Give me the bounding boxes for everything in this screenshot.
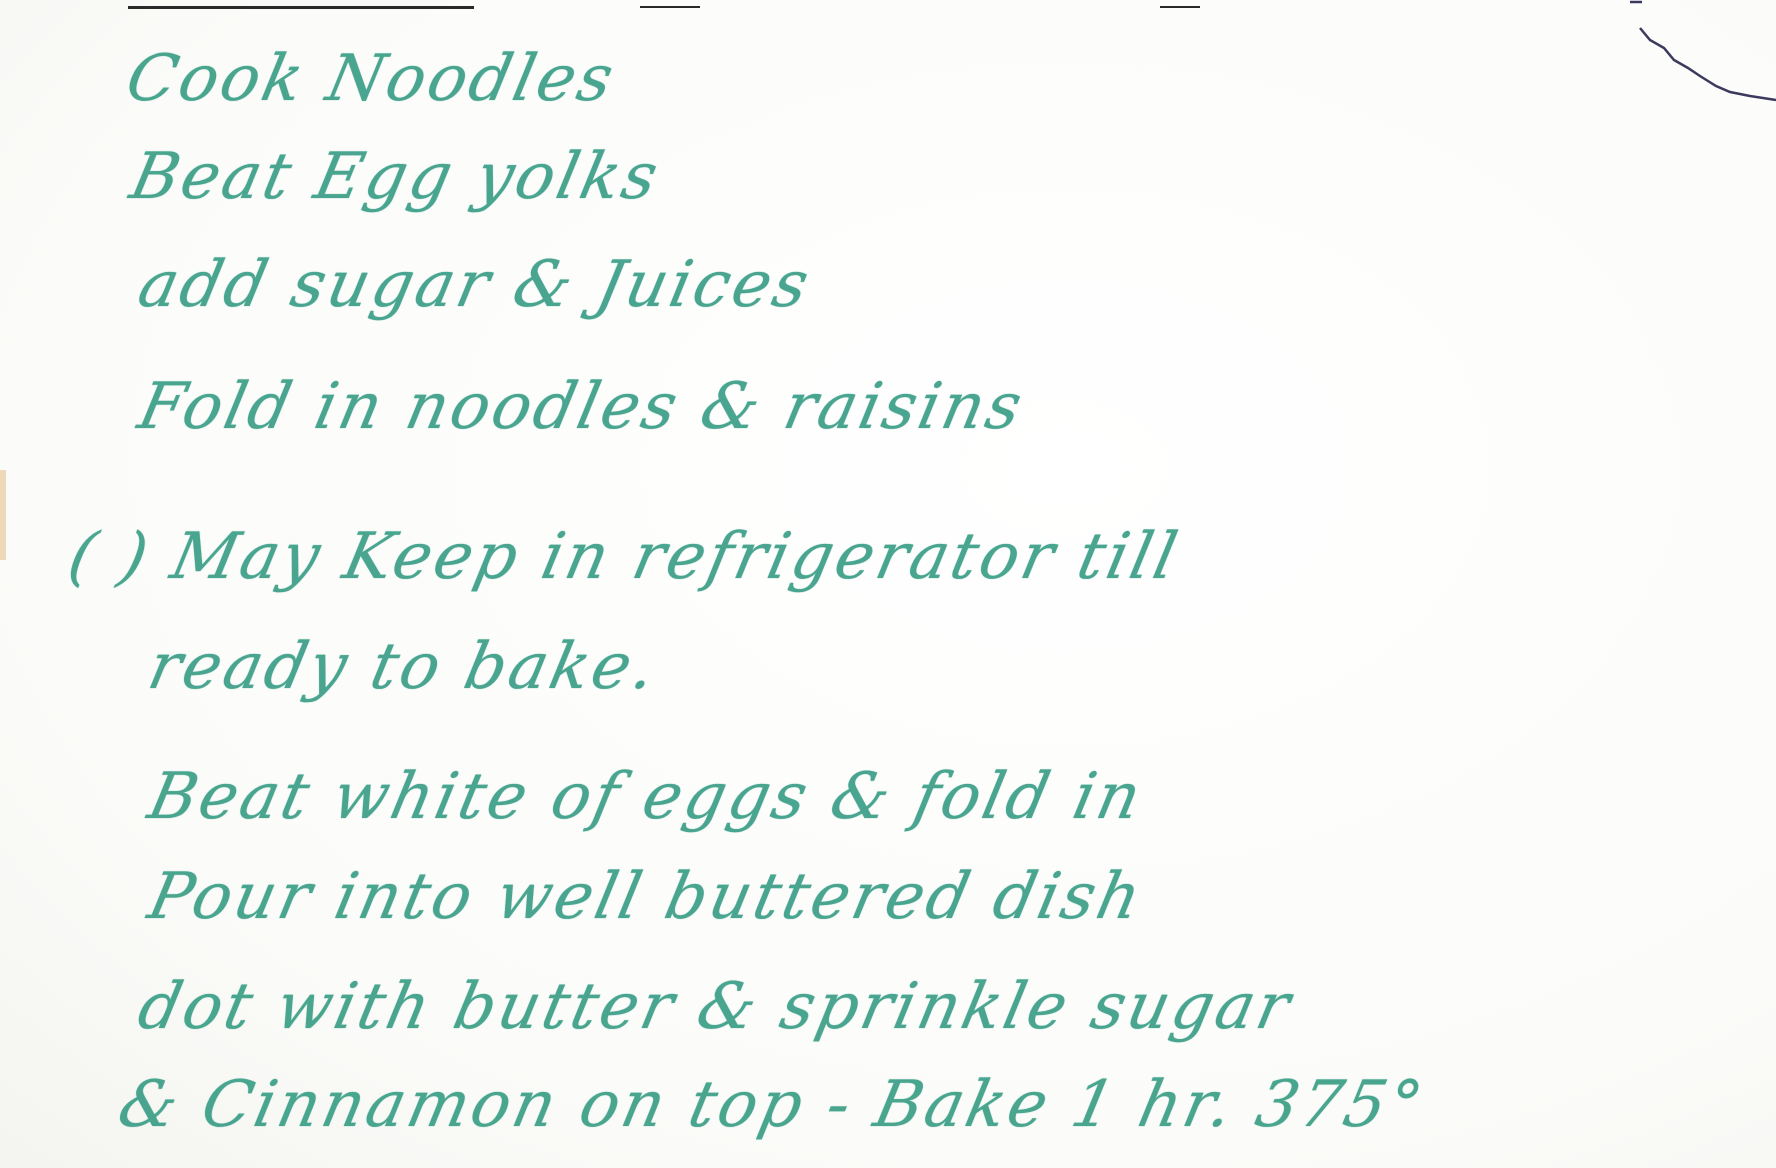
torn-corner — [1630, 0, 1776, 110]
top-rule-right — [1160, 6, 1200, 8]
recipe-line-6: ready to bake. — [142, 630, 665, 704]
recipe-line-3: add sugar & Juices — [132, 248, 818, 322]
recipe-line-1: Cook Noodles — [120, 42, 622, 116]
recipe-line-5: ( ) May Keep in refrigerator till — [62, 520, 1186, 594]
top-rule-mid — [640, 6, 700, 8]
recipe-card: Cook Noodles Beat Egg yolks add sugar & … — [0, 0, 1776, 1168]
recipe-line-7: Beat white of eggs & fold in — [142, 760, 1150, 834]
recipe-line-9: dot with butter & sprinkle sugar — [132, 970, 1299, 1044]
recipe-line-2: Beat Egg yolks — [124, 140, 667, 214]
card-edge-mark — [0, 470, 6, 560]
recipe-line-4: Fold in noodles & raisins — [132, 370, 1031, 444]
recipe-line-10: & Cinnamon on top - Bake 1 hr. 375° — [112, 1068, 1431, 1142]
recipe-line-8: Pour into well buttered dish — [142, 860, 1150, 934]
top-rule-left — [128, 6, 474, 9]
